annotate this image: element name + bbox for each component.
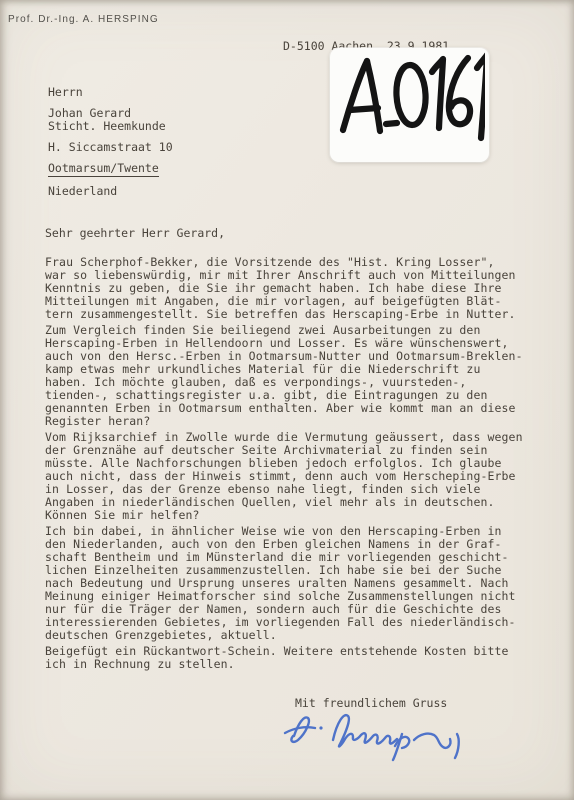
recipient-line-street: H. Siccamstraat 10 <box>48 141 173 154</box>
salutation: Sehr geehrter Herr Gerard, <box>45 227 225 240</box>
recipient-address-block: Herrn Johan Gerard Sticht. Heemkunde H. … <box>48 86 173 198</box>
body-paragraph: Beigefügt ein Rückantwort-Schein. Weiter… <box>45 645 567 671</box>
signature-scribble-icon <box>278 706 473 764</box>
archive-label-sticker <box>330 48 489 162</box>
signature-handwriting <box>278 706 473 767</box>
recipient-line-organization: Sticht. Heemkunde <box>48 120 173 133</box>
body-paragraph: Zum Vergleich finden Sie beiliegend zwei… <box>45 324 567 428</box>
recipient-line-country: Niederland <box>48 185 173 198</box>
archive-label-handwriting <box>335 52 485 152</box>
letter-body: Frau Scherphof-Bekker, die Vorsitzende d… <box>45 256 567 674</box>
recipient-line-city: Ootmarsum/Twente <box>48 162 159 177</box>
letter-page: Prof. Dr.-Ing. A. HERSPING D-5100 Aachen… <box>0 0 574 800</box>
body-paragraph: Ich bin dabei, in ähnlicher Weise wie vo… <box>45 525 567 642</box>
letterhead-sender: Prof. Dr.-Ing. A. HERSPING <box>8 13 159 26</box>
body-paragraph: Frau Scherphof-Bekker, die Vorsitzende d… <box>45 256 567 321</box>
recipient-line-herrn: Herrn <box>48 86 173 99</box>
body-paragraph: Vom Rijksarchief in Zwolle wurde die Ver… <box>45 431 567 522</box>
